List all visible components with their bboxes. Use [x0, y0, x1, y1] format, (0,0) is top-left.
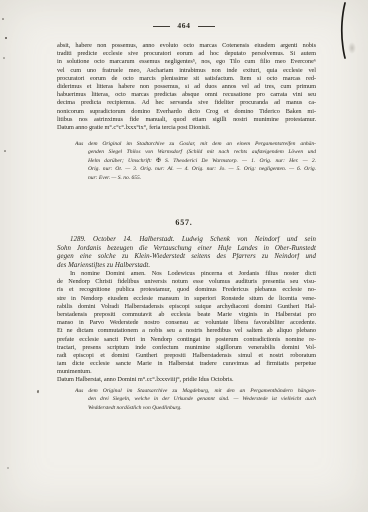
text-line: tractari, presens scriptum inde confectu… [57, 344, 316, 352]
text-line: Orig. nur: Ot. — 3. Orig. nur: Al. — 4. … [88, 165, 316, 173]
text-line: Aus dem Original im Stadtarchive zu Gosl… [75, 140, 316, 148]
page-number: 464 [177, 22, 190, 30]
page-number-rule-left [153, 26, 170, 27]
text-line: in solutione octo marcarum essemus negli… [57, 58, 316, 66]
charter-656-body: absit, habere non possemus, anno evoluto… [57, 42, 316, 132]
text-line: habuerimus litteras, octo marcas predict… [57, 91, 316, 99]
charter-657-number: 657. [0, 218, 368, 227]
scan-artifact-speck [5, 37, 7, 39]
text-line: prefate ecclesie sancti Petri in Nendorp… [57, 336, 316, 344]
text-line: Wedderstedt nordöstlich von Quedlinburg. [88, 404, 316, 412]
scan-artifact-speck [2, 18, 4, 20]
scan-artifact-speck [7, 467, 9, 469]
text-line: nur: Ever. — S. no. 655. [88, 174, 316, 182]
scan-artifact-smudge [348, 42, 356, 54]
text-line: vel cum uno fratruele meo, Aschariam int… [57, 67, 316, 75]
page-number-rule-right [198, 26, 215, 27]
charter-657-body: In nomine Domini amen. Nos Lodewicus pin… [57, 270, 316, 385]
text-line: procuratori eorum de octo marcis pleniss… [57, 75, 316, 83]
text-line: munimentum. [57, 368, 316, 376]
text-line: decima predicta recipiemus. Ad hec serva… [57, 99, 316, 107]
text-line: stre in Nendorp eiusdem ecclesie mansum … [57, 295, 316, 303]
charter-657-datum-line: Datum Halberstat, anno Domini m°.cc°.lxx… [57, 376, 316, 384]
text-line: litibus nos astrinximus fide manuali, qu… [57, 116, 316, 124]
text-line: 1289. October 14. Halberstadt. Ludwig Sc… [57, 236, 316, 245]
text-line: Sohn Jordanis bezeugen die Vertauschung … [57, 245, 316, 254]
text-line: Et ne dictam commutationem a nobis seu a… [57, 327, 316, 335]
text-line: iam dicte ecclesie sancte Marie in Halbe… [57, 360, 316, 368]
charter-656-footnote: Aus dem Original im Stadtarchive zu Gosl… [88, 140, 316, 182]
charter-657-heading: 1289. October 14. Halberstadt. Ludwig Sc… [57, 236, 316, 270]
text-line: diderimus et litteras habere non possemu… [57, 83, 316, 91]
text-line: ris et recognitione publica protestamur,… [57, 286, 316, 294]
text-line: Helm darüber; Umschrift: ✠ S. Theoderici… [88, 157, 316, 165]
scan-artifact-speck [3, 57, 5, 59]
text-line: genden Siegel Thilos von Warmsdorf (Schi… [88, 148, 316, 156]
text-line: Aus dem Original im Staatsarchive zu Mag… [75, 387, 316, 395]
scan-artifact-speck [4, 150, 6, 152]
text-line: den drei Siegeln, welche in der Urkunde … [88, 395, 316, 403]
text-line: In nomine Domini amen. Nos Lodewicus pin… [57, 270, 316, 278]
scanned-book-page: 464 absit, habere non possemus, anno evo… [0, 0, 368, 512]
text-line: absit, habere non possemus, anno evoluto… [57, 42, 316, 50]
text-line: Datum anno gratie m°.c°c°.lxxx°ix°, feri… [57, 124, 316, 132]
text-line: rabilis domini Volradi Halberstadensis e… [57, 303, 316, 311]
text-line: nonicorum supradictorum domino Everhardo… [57, 108, 316, 116]
text-line: gegen eine solche zu Klein-Wiederstedt s… [57, 253, 316, 262]
text-line: manso in Parvo Wederstede nostro consens… [57, 319, 316, 327]
charter-657-footnote: Aus dem Original im Staatsarchive zu Mag… [88, 387, 316, 412]
text-line: traditi predicte ecclesie sive procurato… [57, 50, 316, 58]
text-line: berstadensis prepositi commutavit ab ecc… [57, 311, 316, 319]
scan-artifact-speck [37, 390, 39, 393]
text-line: radi episcopi et domini Guntheri preposi… [57, 352, 316, 360]
page-header: 464 [0, 22, 368, 30]
text-line: de Nendorp Christi fidelibus universis n… [57, 278, 316, 286]
